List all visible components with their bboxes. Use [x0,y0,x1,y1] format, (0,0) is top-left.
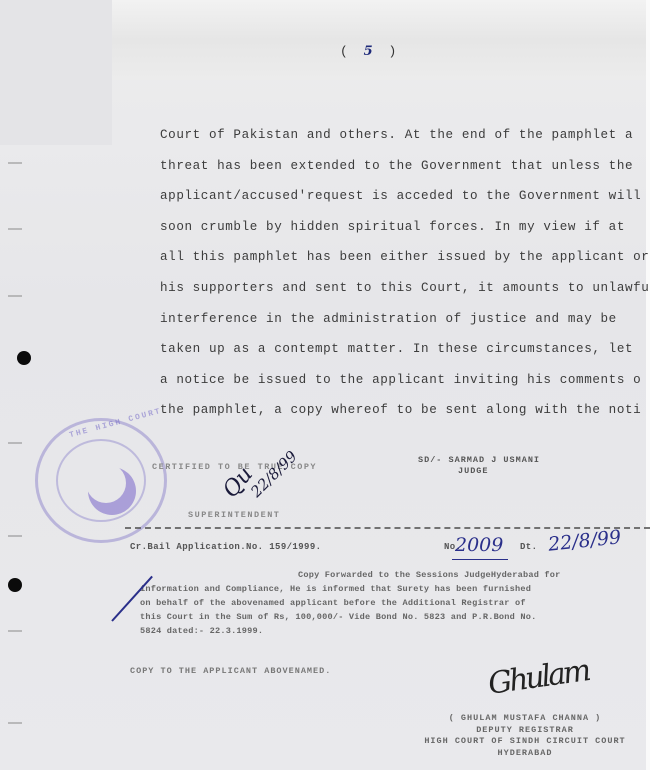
body-line: the pamphlet, a copy whereof to be sent … [160,403,650,434]
paren-open: ( [340,44,352,59]
forwarding-line: this Court in the Sum of Rs, 100,000/- V… [140,612,650,626]
margin-mark [8,295,22,297]
margin-mark [8,228,22,230]
scanned-document-page: ( 5 ) Court of Pakistan and others. At t… [0,0,650,770]
handwritten-dispatch-date: 22/8/99 [547,526,622,556]
superintendent-label: SUPERINTENDENT [188,510,280,520]
margin-mark [8,442,22,444]
judge-title: JUDGE [418,466,540,477]
margin-mark [8,722,22,724]
punch-hole-icon [17,351,31,365]
margin-mark [8,162,22,164]
court-seal-stamp-icon: THE HIGH COURT [35,418,167,543]
crescent-icon [86,463,126,503]
body-line: taken up as a contempt matter. In these … [160,342,650,373]
margin-mark [8,535,22,537]
body-line: threat has been extended to the Governme… [160,159,650,190]
order-body-text: Court of Pakistan and others. At the end… [160,128,650,434]
handwritten-dispatch-number: 2009 [455,534,503,556]
paper-fold-left [0,0,112,145]
body-line: all this pamphlet has been either issued… [160,250,650,281]
judge-name: SD/- SARMAD J USMANI [418,455,540,466]
registrar-court: HIGH COURT OF SINDH CIRCUIT COURT [410,736,640,748]
body-line: Court of Pakistan and others. At the end… [160,128,650,159]
stamp-inner-ring [56,439,146,522]
page-number: ( 5 ) [340,44,400,59]
margin-mark [8,630,22,632]
forwarding-line: on behalf of the abovenamed applicant be… [140,598,650,612]
dashed-separator [125,527,650,530]
forwarding-text: Copy Forwarded to the Sessions JudgeHyde… [140,570,650,640]
registrar-city: HYDERABAD [410,748,640,760]
paper-fold-top [112,0,647,80]
body-line: interference in the administration of ju… [160,312,650,343]
registrar-title: DEPUTY REGISTRAR [410,725,640,737]
forwarding-line: 5824 dated:- 22.3.1999. [140,626,650,640]
punch-hole-icon [8,578,22,592]
registrar-signature: Ghulam [486,653,590,702]
handwritten-page-number: 5 [364,44,377,59]
registrar-block: ( GHULAM MUSTAFA CHANNA ) DEPUTY REGISTR… [410,713,640,759]
copy-to-applicant: COPY TO THE APPLICANT ABOVENAMED. [130,666,331,676]
forwarding-line: information and Compliance, He is inform… [140,584,650,598]
date-label: Dt. [520,542,537,552]
application-number: Cr.Bail Application.No. 159/1999. [130,542,321,552]
paren-close: ) [388,44,400,59]
body-line: applicant/accused'request is acceded to … [160,189,650,220]
stamp-text: THE HIGH COURT [68,407,162,440]
dispatch-number-underline [452,559,508,560]
body-line: a notice be issued to the applicant invi… [160,373,650,404]
forwarding-line: Copy Forwarded to the Sessions JudgeHyde… [140,570,650,584]
judge-signature-block: SD/- SARMAD J USMANI JUDGE [418,455,540,477]
registrar-name: ( GHULAM MUSTAFA CHANNA ) [410,713,640,725]
body-line: soon crumble by hidden spiritual forces.… [160,220,650,251]
handwritten-cert-date: 22/8/99 [247,447,301,501]
body-line: his supporters and sent to this Court, i… [160,281,650,312]
